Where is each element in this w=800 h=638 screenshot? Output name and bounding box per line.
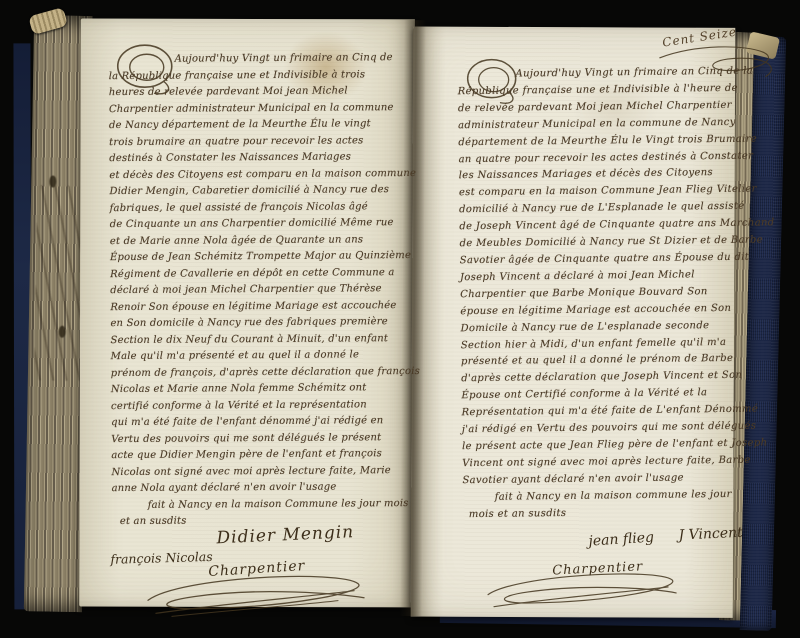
manuscript-line: acte que Didier Mengin père de l'enfant … (111, 446, 413, 465)
signature-francois-nicolas: françois Nicolas (110, 549, 213, 567)
right-page-text: Aujourd'huy Vingt un frimaire an Cinq de… (457, 64, 751, 524)
manuscript-line: heures de relevée pardevant Moi jean Mic… (109, 83, 411, 102)
manuscript-line: trois brumaire an quatre pour recevoir l… (109, 132, 411, 151)
manuscript-line: qui m'a été faite de l'enfant dénommé j'… (111, 413, 413, 432)
manuscript-line: et de Marie anne Nola âgée de Quarante u… (110, 231, 412, 250)
left-page-text: Aujourd'huy Vingt un frimaire an Cinq de… (109, 50, 414, 531)
manuscript-line: Épouse de Jean Schémitz Trompette Major … (110, 248, 412, 267)
manuscript-line: Charpentier administrateur Municipal en … (109, 99, 411, 118)
manuscript-line: Aujourd'huy Vingt un frimaire an Cinq de (109, 50, 411, 69)
manuscript-line: Nicolas ont signé avec moi après lecture… (111, 462, 413, 481)
manuscript-line: déclaré à moi jean Michel Charpentier qu… (110, 281, 412, 300)
manuscript-line: Savotier âgée de Cinquante quatre ans Ép… (460, 250, 748, 270)
manuscript-line: Male qu'il m'a présenté et au quel il a … (111, 347, 413, 366)
fore-edge-ink-marks (34, 185, 86, 381)
manuscript-line: fait à Nancy en la maison commune les jo… (463, 486, 751, 506)
open-register-book: Cent Seize Aujourd'huy Vingt un frimaire… (12, 9, 784, 628)
signature-flourish-left (140, 566, 372, 620)
signature-flourish-right (480, 565, 684, 614)
manuscript-line: fabriques, le quel assisté de françois N… (110, 198, 412, 217)
manuscript-line: Renoir Son épouse en légitime Mariage es… (110, 297, 412, 316)
manuscript-line: de Cinquante un ans Charpentier domicili… (110, 215, 412, 234)
manuscript-line: en Son domicile à Nancy rue des fabrique… (110, 314, 412, 333)
manuscript-line: Régiment de Cavallerie en dépôt en cette… (110, 264, 412, 283)
manuscript-line: la République française une et Indivisib… (109, 66, 411, 85)
manuscript-line: fait à Nancy en la maison Commune les jo… (112, 495, 414, 514)
manuscript-line: Didier Mengin, Cabaretier domicilié à Na… (109, 182, 411, 201)
manuscript-line: mois et an susdits (463, 503, 751, 523)
manuscript-line: prénom de françois, d'après cette déclar… (111, 363, 413, 382)
signature-j-vincent: J Vincent (678, 525, 743, 544)
manuscript-line: destinés à Constater les Naissances Mari… (109, 149, 411, 168)
photograph-of-register: Cent Seize Aujourd'huy Vingt un frimaire… (0, 0, 800, 638)
manuscript-line: Vincent ont signé avec moi après lecture… (462, 453, 750, 473)
manuscript-line: et décès des Citoyens est comparu en la … (109, 165, 411, 184)
manuscript-line: Section le dix Neuf du Courant à Minuit,… (110, 330, 412, 349)
manuscript-line: de Nancy département de la Meurthe Élu l… (109, 116, 411, 135)
